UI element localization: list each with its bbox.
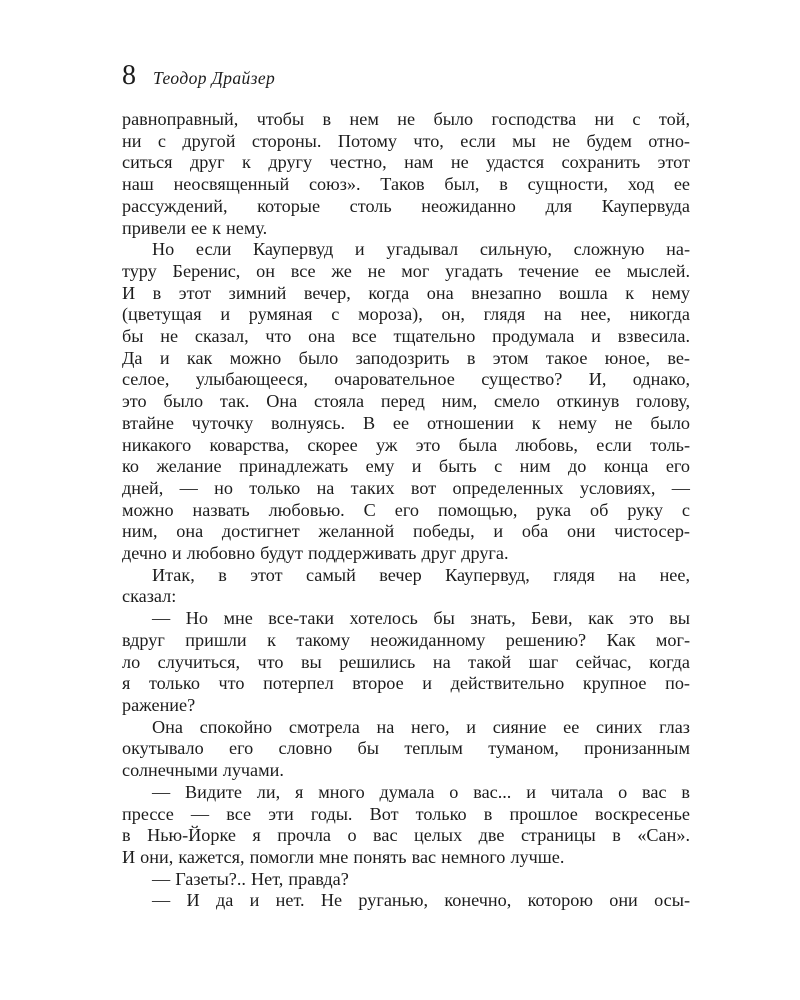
text-line: в Нью-Йорке я прочла о вас целых две стр… — [122, 825, 690, 847]
paragraph: — Видите ли, я много думала о вас... и ч… — [122, 782, 690, 869]
text-line: ним, она достигнет желанной победы, и об… — [122, 521, 690, 543]
text-line: ни с другой стороны. Потому что, если мы… — [122, 131, 690, 153]
text-line: прессе — все эти годы. Вот только в прош… — [122, 804, 690, 826]
text-line: сказал: — [122, 586, 690, 608]
text-line: И они, кажется, помогли мне понять вас н… — [122, 847, 690, 869]
text-line: — И да и нет. Не руганью, конечно, котор… — [122, 890, 690, 912]
text-line: дней, — но только на таких вот определен… — [122, 478, 690, 500]
text-line: привели ее к нему. — [122, 218, 690, 240]
page-number: 8 — [122, 63, 136, 89]
text-line: И в этот зимний вечер, когда она внезапн… — [122, 283, 690, 305]
paragraph: Итак, в этот самый вечер Каупервуд, гляд… — [122, 565, 690, 608]
text-line: окутывало его словно бы теплым туманом, … — [122, 738, 690, 760]
text-line: это было так. Она стояла перед ним, смел… — [122, 391, 690, 413]
text-line: дечно и любовно будут поддерживать друг … — [122, 543, 690, 565]
paragraph: — Газеты?.. Нет, правда? — [122, 869, 690, 891]
paragraph: — И да и нет. Не руганью, конечно, котор… — [122, 890, 690, 912]
text-line: Но если Каупервуд и угадывал сильную, сл… — [122, 239, 690, 261]
text-line: ко желание принадлежать ему и быть с ним… — [122, 456, 690, 478]
book-page: 8 Теодор Драйзер равноправный, чтобы в н… — [0, 0, 800, 1000]
text-line: втайне чуточку волнуясь. В ее отношении … — [122, 413, 690, 435]
page-header: 8 Теодор Драйзер — [122, 63, 690, 89]
text-line: Итак, в этот самый вечер Каупервуд, гляд… — [122, 565, 690, 587]
text-line: — Газеты?.. Нет, правда? — [122, 869, 690, 891]
text-line: никакого коварства, скорее уж это была л… — [122, 435, 690, 457]
text-line: равноправный, чтобы в нем не было господ… — [122, 109, 690, 131]
paragraph: равноправный, чтобы в нем не было господ… — [122, 109, 690, 239]
paragraph: — Но мне все-таки хотелось бы знать, Бев… — [122, 608, 690, 717]
text-line: — Видите ли, я много думала о вас... и ч… — [122, 782, 690, 804]
text-line: бы не сказал, что она все тщательно прод… — [122, 326, 690, 348]
text-line: ло случиться, что вы решились на такой ш… — [122, 652, 690, 674]
text-line: наш неосвященный союз». Таков был, в сущ… — [122, 174, 690, 196]
text-line: (цветущая и румяная с мороза), он, глядя… — [122, 304, 690, 326]
text-line: Она спокойно смотрела на него, и сияние … — [122, 717, 690, 739]
text-line: Да и как можно было заподозрить в этом т… — [122, 348, 690, 370]
paragraph: Она спокойно смотрела на него, и сияние … — [122, 717, 690, 782]
text-line: рассуждений, которые столь неожиданно дл… — [122, 196, 690, 218]
text-line: ражение? — [122, 695, 690, 717]
text-line: солнечными лучами. — [122, 760, 690, 782]
running-title-author: Теодор Драйзер — [153, 68, 275, 89]
text-line: ситься друг к другу честно, нам не удаст… — [122, 152, 690, 174]
text-line: я только что потерпел второе и действите… — [122, 673, 690, 695]
text-line: селое, улыбающееся, очаровательное сущес… — [122, 369, 690, 391]
text-line: туру Беренис, он все же не мог угадать т… — [122, 261, 690, 283]
text-line: можно назвать любовью. С его помощью, ру… — [122, 500, 690, 522]
body-text: равноправный, чтобы в нем не было господ… — [122, 109, 690, 912]
text-line: — Но мне все-таки хотелось бы знать, Бев… — [122, 608, 690, 630]
text-line: вдруг пришли к такому неожиданному решен… — [122, 630, 690, 652]
paragraph: Но если Каупервуд и угадывал сильную, сл… — [122, 239, 690, 565]
